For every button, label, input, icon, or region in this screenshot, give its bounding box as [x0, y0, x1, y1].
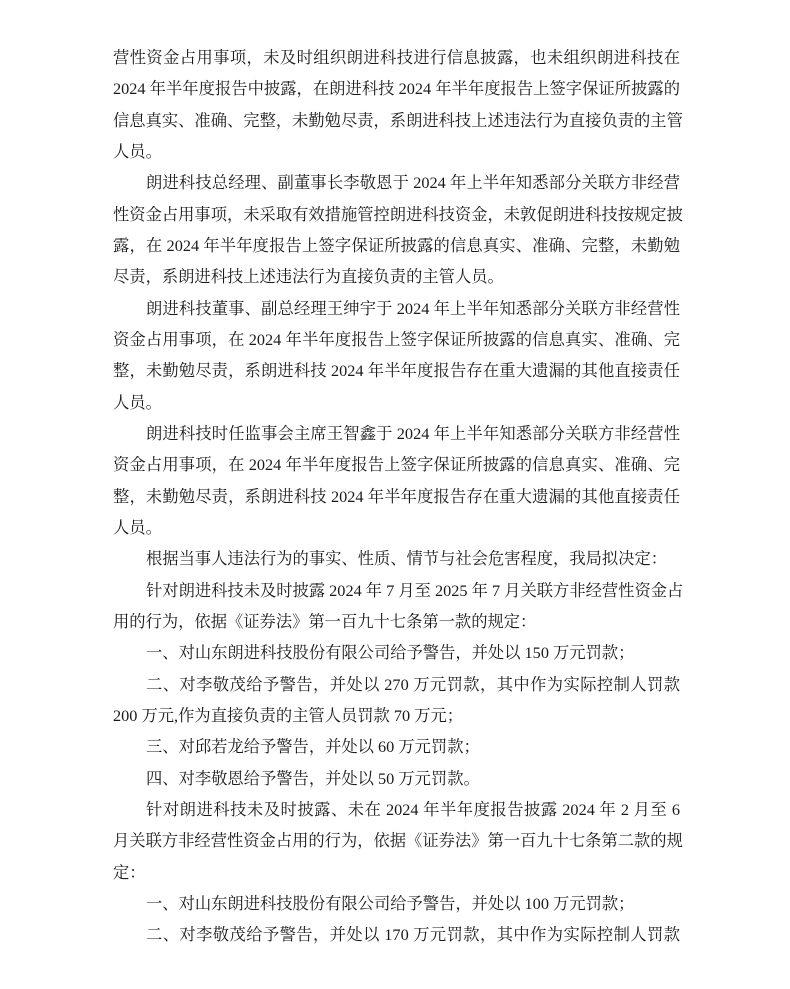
text-line: 露，在 2024 年半年度报告上签字保证所披露的信息真实、准确、完整，未勤勉 — [113, 230, 680, 261]
text-line: 性资金占用事项，未采取有效措施管控朗进科技资金，未敦促朗进科技按规定披 — [113, 199, 680, 230]
document-body: 营性资金占用事项，未及时组织朗进科技进行信息披露，也未组织朗进科技在2024 年… — [113, 42, 680, 951]
text-line: 三、对邱若龙给予警告，并处以 60 万元罚款； — [113, 731, 680, 762]
text-line: 朗进科技时任监事会主席王智鑫于 2024 年上半年知悉部分关联方非经营性 — [113, 418, 680, 449]
text-line: 资金占用事项，在 2024 年半年度报告上签字保证所披露的信息真实、准确、完 — [113, 449, 680, 480]
text-line: 二、对李敬茂给予警告，并处以 270 万元罚款，其中作为实际控制人罚款 — [113, 669, 680, 700]
text-line: 定： — [113, 857, 680, 888]
text-line: 整，未勤勉尽责，系朗进科技 2024 年半年度报告存在重大遗漏的其他直接责任 — [113, 355, 680, 386]
text-line: 人员。 — [113, 387, 680, 418]
text-line: 用的行为，依据《证券法》第一百九十七条第一款的规定： — [113, 606, 680, 637]
text-line: 一、对山东朗进科技股份有限公司给予警告，并处以 150 万元罚款； — [113, 637, 680, 668]
text-line: 针对朗进科技未及时披露 2024 年 7 月至 2025 年 7 月关联方非经营… — [113, 575, 680, 606]
text-line: 整，未勤勉尽责，系朗进科技 2024 年半年度报告存在重大遗漏的其他直接责任 — [113, 481, 680, 512]
text-line: 尽责，系朗进科技上述违法行为直接负责的主管人员。 — [113, 261, 680, 292]
text-line: 针对朗进科技未及时披露、未在 2024 年半年度报告披露 2024 年 2 月至… — [113, 794, 680, 825]
text-line: 人员。 — [113, 136, 680, 167]
text-line: 四、对李敬恩给予警告，并处以 50 万元罚款。 — [113, 763, 680, 794]
text-line: 月关联方非经营性资金占用的行为，依据《证券法》第一百九十七条第二款的规 — [113, 825, 680, 856]
text-line: 200 万元,作为直接负责的主管人员罚款 70 万元； — [113, 700, 680, 731]
text-line: 2024 年半年度报告中披露，在朗进科技 2024 年半年度报告上签字保证所披露… — [113, 73, 680, 104]
text-line: 资金占用事项，在 2024 年半年度报告上签字保证所披露的信息真实、准确、完 — [113, 324, 680, 355]
text-line: 信息真实、准确、完整，未勤勉尽责，系朗进科技上述违法行为直接负责的主管 — [113, 105, 680, 136]
text-line: 朗进科技董事、副总经理王绅宇于 2024 年上半年知悉部分关联方非经营性 — [113, 293, 680, 324]
text-line: 根据当事人违法行为的事实、性质、情节与社会危害程度，我局拟决定： — [113, 543, 680, 574]
text-line: 营性资金占用事项，未及时组织朗进科技进行信息披露，也未组织朗进科技在 — [113, 42, 680, 73]
document-page: 营性资金占用事项，未及时组织朗进科技进行信息披露，也未组织朗进科技在2024 年… — [0, 0, 790, 989]
text-line: 二、对李敬茂给予警告，并处以 170 万元罚款，其中作为实际控制人罚款 — [113, 919, 680, 950]
text-line: 朗进科技总经理、副董事长李敬恩于 2024 年上半年知悉部分关联方非经营 — [113, 167, 680, 198]
text-line: 人员。 — [113, 512, 680, 543]
text-line: 一、对山东朗进科技股份有限公司给予警告，并处以 100 万元罚款； — [113, 888, 680, 919]
